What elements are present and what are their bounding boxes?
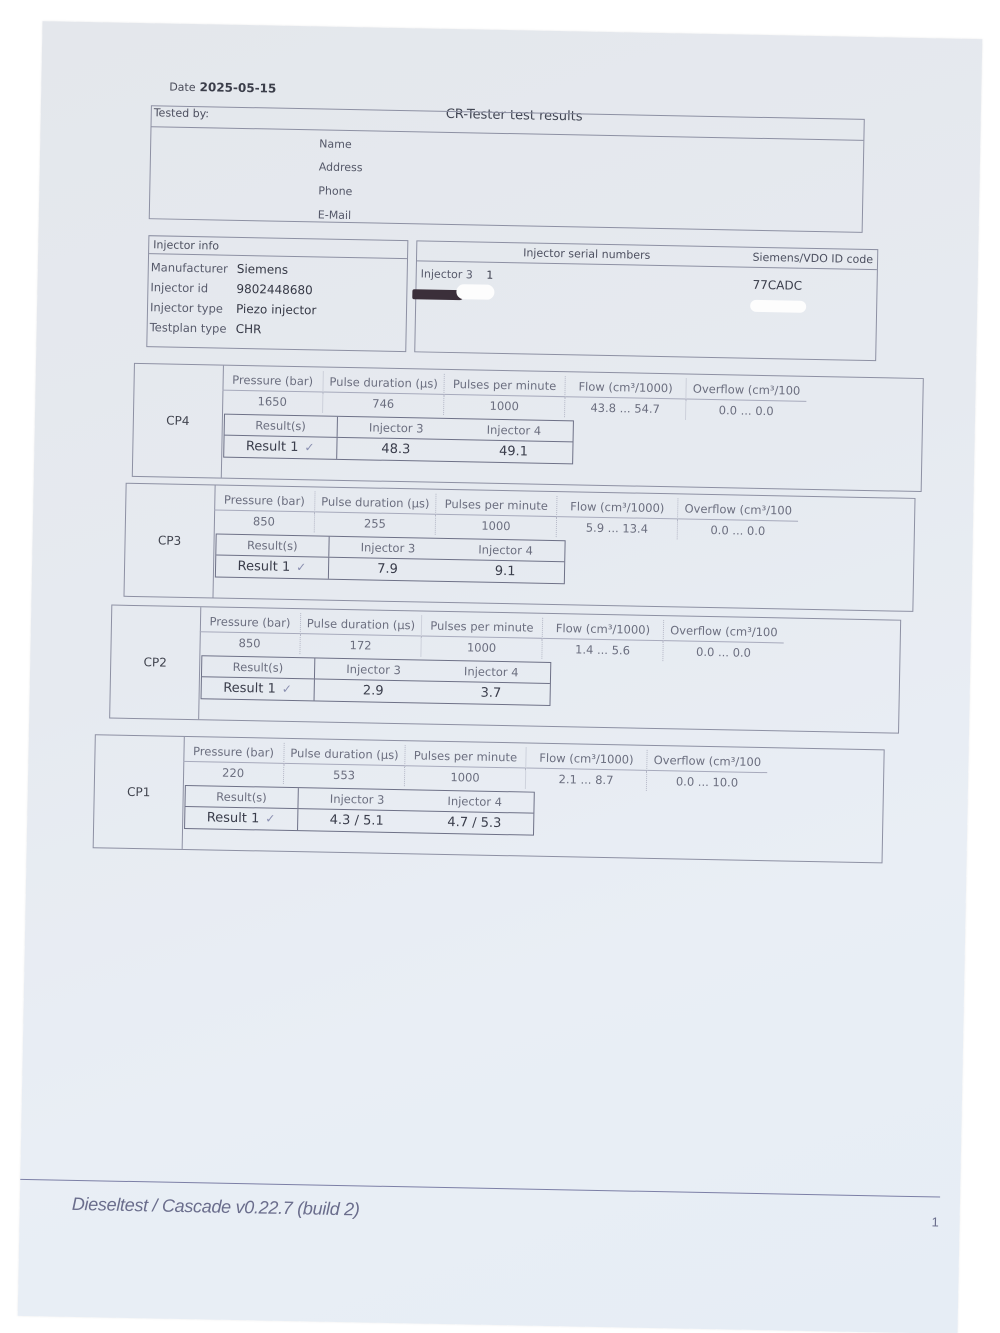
test-point-cp1: CP1 Pressure (bar) Pulse duration (µs) P… [93,734,885,863]
check-icon: ✓ [304,440,314,454]
result-label: Result 1 [246,439,299,455]
check-icon: ✓ [265,812,275,826]
header-pulses-per-minute: Pulses per minute [444,374,565,397]
pressure-value: 220 [183,762,284,784]
email-field-label: E-Mail [318,208,352,222]
result-label-cell: Result 1✓ [216,556,329,579]
redaction-mark [456,284,494,300]
test-points: CP4 Pressure (bar) Pulse duration (µs) P… [43,21,983,39]
header-injector-4: Injector 4 [455,419,573,441]
header-results: Result(s) [225,415,338,437]
footer-text: Dieseltest / Cascade v0.22.7 (build 2) [72,1194,360,1221]
header-flow: Flow (cm³/1000) [526,748,647,771]
header-overflow: Overflow (cm³/100 [647,750,767,773]
pulse-duration-value: 746 [323,393,444,415]
parameters-table: Pressure (bar) Pulse duration (µs) Pulse… [222,370,823,423]
info-row-manufacturer: ManufacturerSiemens [151,260,407,279]
result-label: Result 1 [237,559,290,575]
report-date: Date2025-05-15 [169,80,276,96]
pulses-per-minute-value: 1000 [436,515,557,537]
injector-3-result: 7.9 [329,558,447,581]
pulses-per-minute-value: 1000 [421,636,542,658]
serial-numbers-section: Injector serial numbers Siemens/VDO ID c… [414,240,878,361]
result-label-cell: Result 1✓ [185,807,298,830]
id-code-heading: Siemens/VDO ID code [752,251,873,266]
pulses-per-minute-value: 1000 [444,395,565,417]
check-icon: ✓ [296,560,306,574]
redaction-mark [750,300,806,313]
serial-heading: Injector serial numbers [523,246,650,261]
header-results: Result(s) [216,535,329,557]
header-injector-3: Injector 3 [329,537,447,559]
address-field-label: Address [319,160,363,174]
result-label-cell: Result 1✓ [202,677,315,700]
pressure-value: 850 [199,632,300,654]
flow-range: 2.1 ... 8.7 [526,769,647,791]
overflow-range: 0.0 ... 0.0 [686,400,806,422]
header-overflow: Overflow (cm³/100 [686,379,806,402]
flow-range: 5.9 ... 13.4 [557,517,678,539]
result-label-cell: Result 1✓ [224,436,337,459]
result-label: Result 1 [223,681,276,697]
serial-header: Injector serial numbers Siemens/VDO ID c… [417,241,877,270]
pressure-value: 850 [214,510,315,532]
document-page: Date2025-05-15 CR-Tester test results Te… [18,21,983,1333]
results-table: Result(s) Injector 3 Injector 4 Result 1… [223,414,574,465]
results-table: Result(s) Injector 3 Injector 4 Result 1… [201,655,552,706]
overflow-range: 0.0 ... 0.0 [663,641,783,663]
test-point-label: CP3 [124,484,215,598]
pulse-duration-value: 553 [284,764,405,786]
result-label: Result 1 [207,810,260,826]
header-pulses-per-minute: Pulses per minute [422,615,543,638]
header-pressure: Pressure (bar) [222,370,323,393]
id-code-value: 77CADC [752,278,802,293]
header-results: Result(s) [202,656,315,678]
info-key: Injector type [150,300,236,316]
header-injector-3: Injector 3 [298,788,416,810]
pulses-per-minute-value: 1000 [405,766,526,788]
injector-3-result: 48.3 [337,438,455,461]
injector-3-result: 4.3 / 5.1 [298,809,416,832]
pulse-duration-value: 172 [300,634,421,656]
test-point-cp2: CP2 Pressure (bar) Pulse duration (µs) P… [109,605,901,734]
header-pulse-duration: Pulse duration (µs) [301,613,422,636]
header-overflow: Overflow (cm³/100 [664,620,784,643]
overflow-range: 0.0 ... 10.0 [647,771,767,793]
info-row-testplan-type: Testplan typeCHR [150,320,406,339]
divider [151,126,863,141]
injector-4-result: 3.7 [432,682,550,705]
injector-4-result: 49.1 [454,440,572,463]
header-pulse-duration: Pulse duration (µs) [323,372,444,395]
header-pulses-per-minute: Pulses per minute [405,745,526,768]
info-value: Siemens [237,262,289,277]
date-label: Date [169,81,196,95]
phone-field-label: Phone [318,184,352,198]
info-row-injector-id: Injector id9802448680 [150,280,406,299]
header-pressure: Pressure (bar) [214,489,315,512]
header-injector-4: Injector 4 [416,790,534,812]
page-number: 1 [931,1214,939,1229]
injector-4-result: 9.1 [446,560,564,583]
date-value: 2025-05-15 [199,80,276,95]
flow-range: 1.4 ... 5.6 [542,639,663,661]
parameters-table: Pressure (bar) Pulse duration (µs) Pulse… [183,741,784,794]
header-injector-4: Injector 4 [432,661,550,683]
injector-3-result: 2.9 [314,679,432,702]
info-value: 9802448680 [236,282,313,297]
serial-label: Injector 3 [421,267,473,281]
parameters-table: Pressure (bar) Pulse duration (µs) Pulse… [199,611,800,664]
serial-value: 1 [486,269,493,282]
info-value: CHR [236,322,262,336]
header-injector-3: Injector 3 [315,658,433,680]
header-pulse-duration: Pulse duration (µs) [315,491,436,514]
info-key: Injector id [150,280,236,296]
info-key: Manufacturer [151,260,237,276]
injector-4-result: 4.7 / 5.3 [415,811,533,834]
header-injector-4: Injector 4 [447,539,565,561]
serial-row-injector-3: Injector 3 1 [421,267,494,281]
overflow-range: 0.0 ... 0.0 [678,519,798,541]
header-injector-3: Injector 3 [337,417,455,439]
test-point-label: CP4 [133,364,224,478]
header-pulse-duration: Pulse duration (µs) [284,743,405,766]
parameters-table: Pressure (bar) Pulse duration (µs) Pulse… [214,489,815,542]
test-point-label: CP1 [94,735,185,849]
check-icon: ✓ [282,682,292,696]
header-pressure: Pressure (bar) [183,741,284,764]
test-point-label: CP2 [110,606,201,720]
results-table: Result(s) Injector 3 Injector 4 Result 1… [184,785,535,836]
pressure-value: 1650 [222,391,323,413]
test-point-cp3: CP3 Pressure (bar) Pulse duration (µs) P… [123,483,915,612]
info-row-injector-type: Injector typePiezo injector [150,300,406,319]
info-key: Testplan type [150,320,236,336]
header-overflow: Overflow (cm³/100 [678,498,798,521]
test-point-cp4: CP4 Pressure (bar) Pulse duration (µs) P… [132,363,924,492]
info-value: Piezo injector [236,302,317,318]
header-results: Result(s) [185,786,298,808]
name-field-label: Name [319,137,352,151]
flow-range: 43.8 ... 54.7 [565,397,686,419]
pulse-duration-value: 255 [315,512,436,534]
tested-by-label: Tested by: [154,106,210,120]
header-pressure: Pressure (bar) [200,611,301,634]
results-table: Result(s) Injector 3 Injector 4 Result 1… [215,534,566,585]
header-flow: Flow (cm³/1000) [565,376,686,399]
injector-info-section: Injector info ManufacturerSiemens Inject… [146,235,408,352]
header-pulses-per-minute: Pulses per minute [436,494,557,517]
injector-info-heading: Injector info [149,236,407,259]
header-flow: Flow (cm³/1000) [543,618,664,641]
tested-by-section: Tested by: Name Address Phone E-Mail [149,105,865,233]
header-flow: Flow (cm³/1000) [557,496,678,519]
